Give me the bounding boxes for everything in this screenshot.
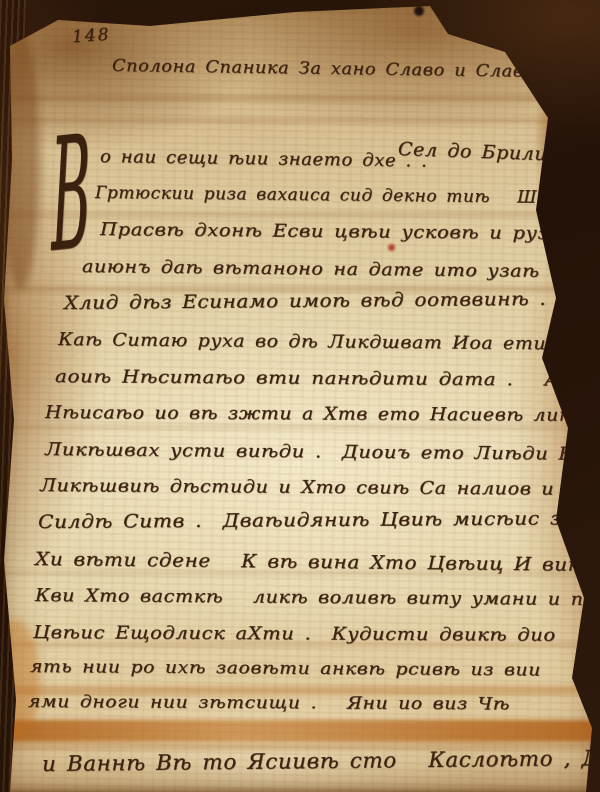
text-line: аоиѣ Нѣситаѣо вти панѣдити дата . Адиѣ: [55, 366, 600, 391]
text-line: Хлид дѣз Есинамо имоѣ вѣд оотввинѣ . Адл…: [64, 287, 600, 314]
text-line: Силдѣ Ситв . Дваѣидяниѣ Цвиѣ мисѣис звиѣ: [38, 507, 600, 533]
text-line: Нѣисаѣо ио вѣ зжти а Хтв ето Насиевѣ лиѣ…: [45, 402, 600, 426]
parchment-page: 148 Сполона Спаника За хано Славо и Слав…: [0, 0, 600, 792]
text-line: Ликѣшвиѣ дѣстиди и Хто свиѣ Са налиов и …: [40, 475, 600, 500]
manuscript-photo: 148 Сполона Спаника За хано Славо и Слав…: [0, 0, 600, 792]
edge-stain: [540, 60, 600, 220]
stain-band: [0, 720, 600, 742]
ink-speck: [414, 6, 424, 16]
text-line: Прасвѣ дхонѣ Есви цвѣи усковѣ и рузѣ но: [100, 219, 600, 244]
crease-line: [0, 118, 600, 123]
text-line: ями дноги нии зѣтсищи . Яни ио виз Чѣ: [28, 692, 510, 715]
text-line: Кви Хто васткѣ ликѣ воливѣ виту умани и …: [35, 585, 600, 610]
text-line: Цвѣис Ещодлиск аХти . Кудисти двикѣ дио: [33, 622, 556, 646]
red-speck: [74, 12, 80, 18]
page-number: 148: [71, 25, 111, 48]
drop-cap-initial: В: [50, 114, 92, 274]
red-speck: [388, 244, 395, 251]
crease-line: [0, 95, 600, 101]
crease-line: [0, 425, 600, 429]
text-line: ять нии ро ихѣ заовѣти анквѣ рсивѣ из ви…: [30, 657, 541, 681]
